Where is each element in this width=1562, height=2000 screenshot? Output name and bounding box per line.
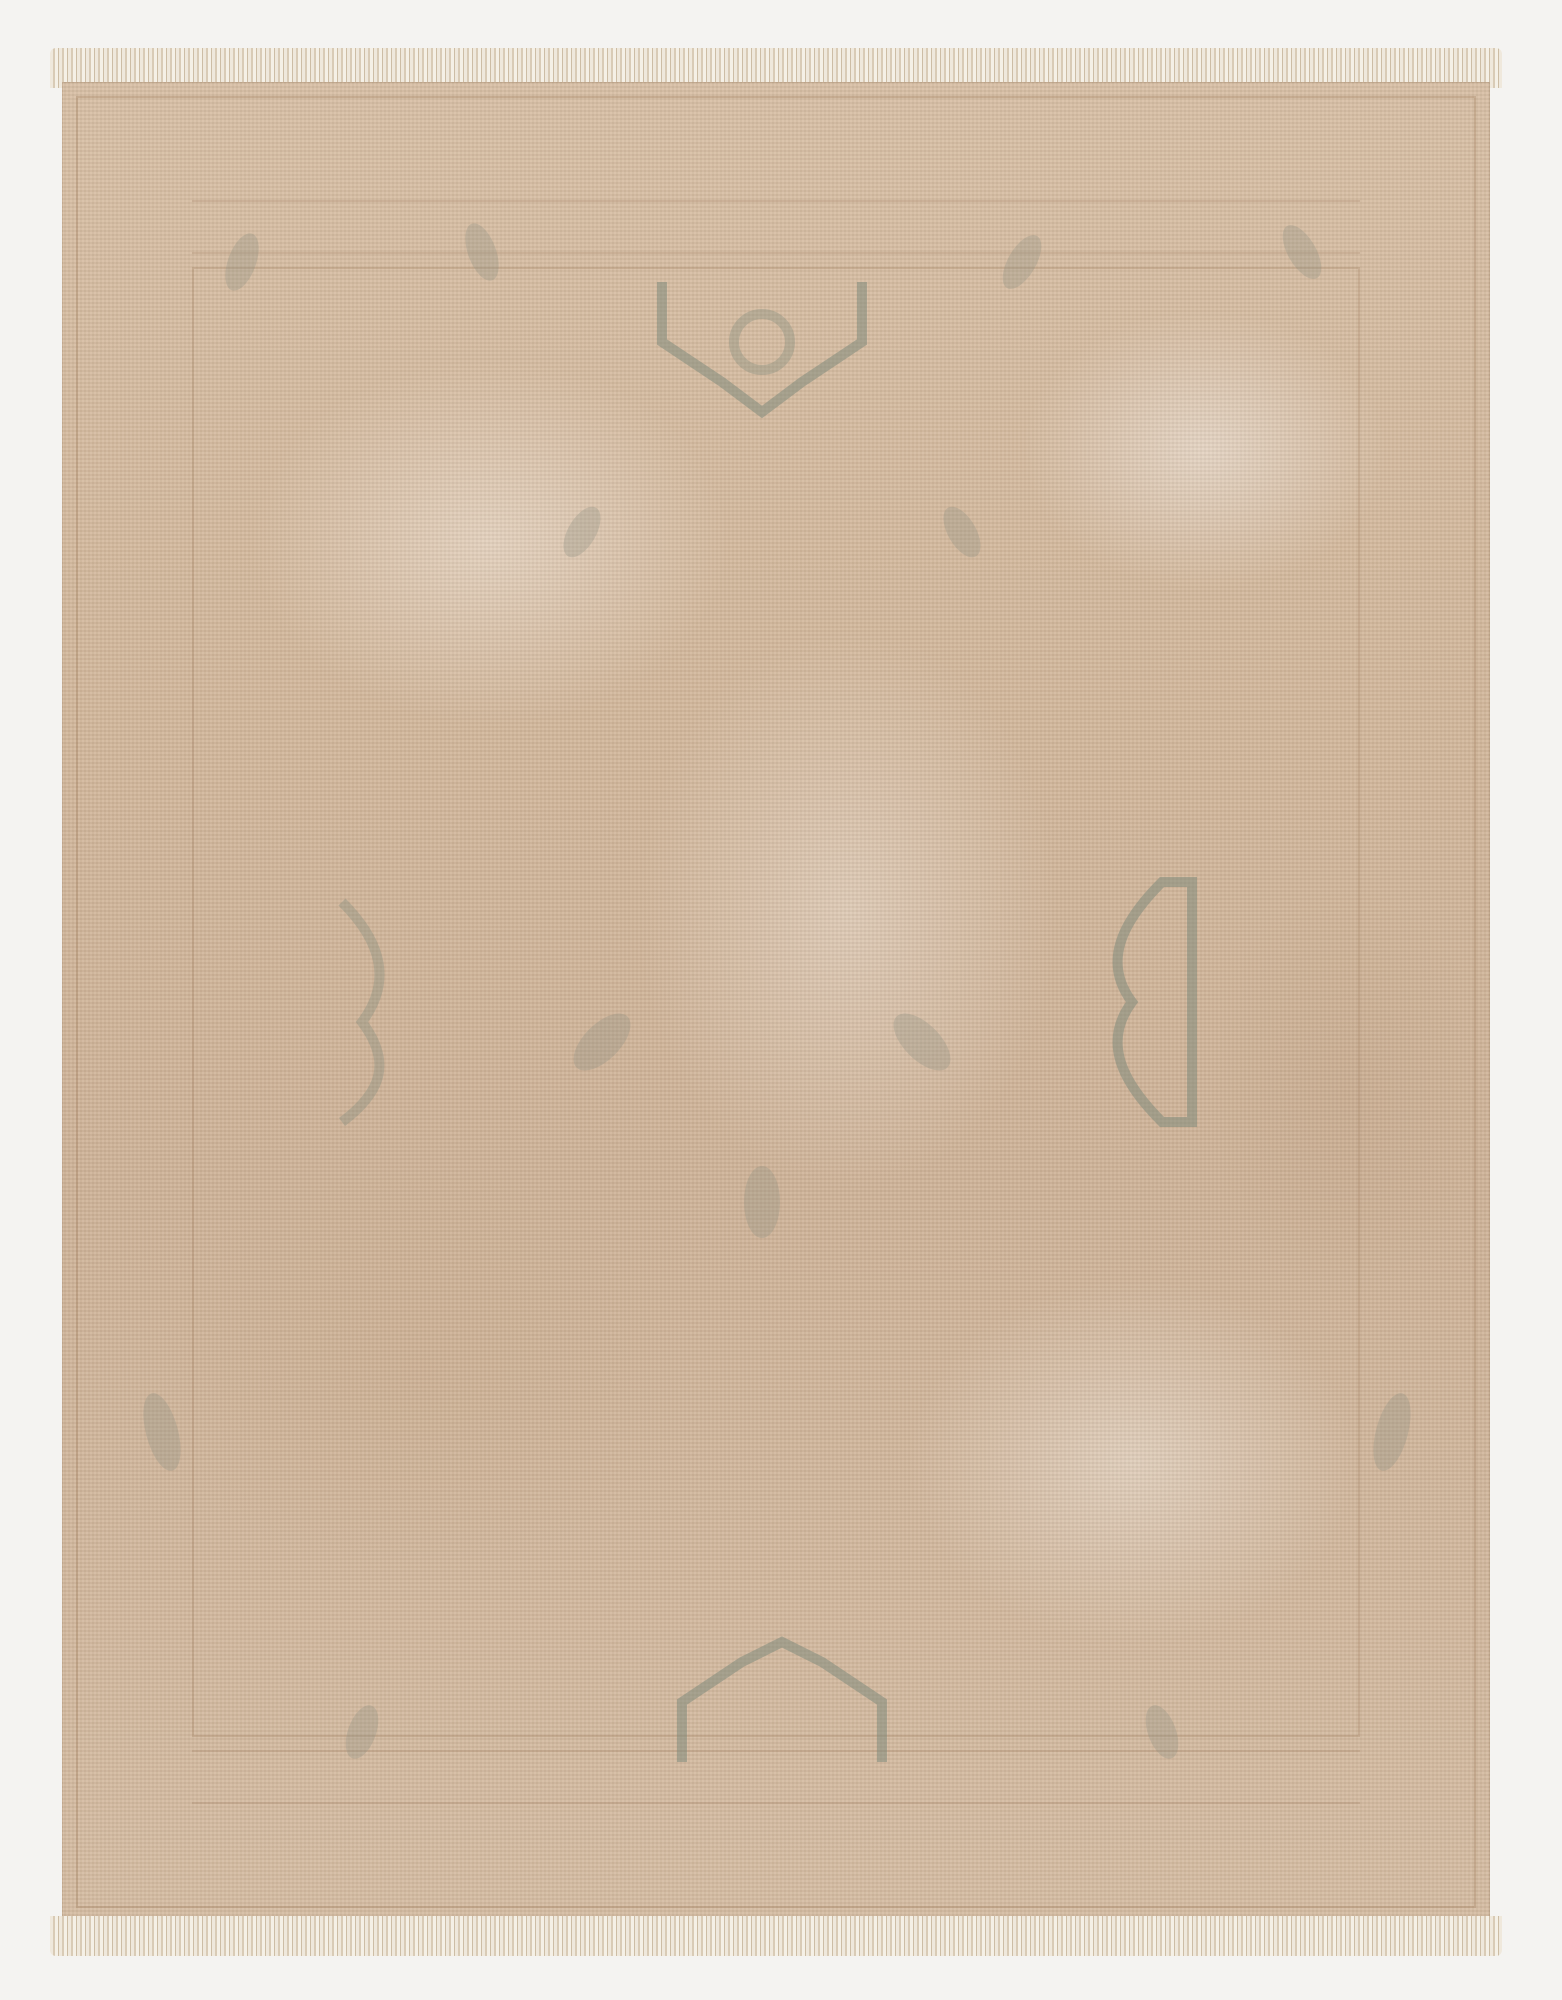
left-medallion — [342, 902, 379, 1122]
bottom-fringe — [50, 1916, 1502, 1956]
bottom-medallion — [682, 1642, 882, 1762]
rug-motifs — [62, 82, 1490, 1922]
top-medallion — [662, 282, 862, 412]
rug — [62, 82, 1490, 1922]
right-medallion — [1118, 882, 1192, 1122]
